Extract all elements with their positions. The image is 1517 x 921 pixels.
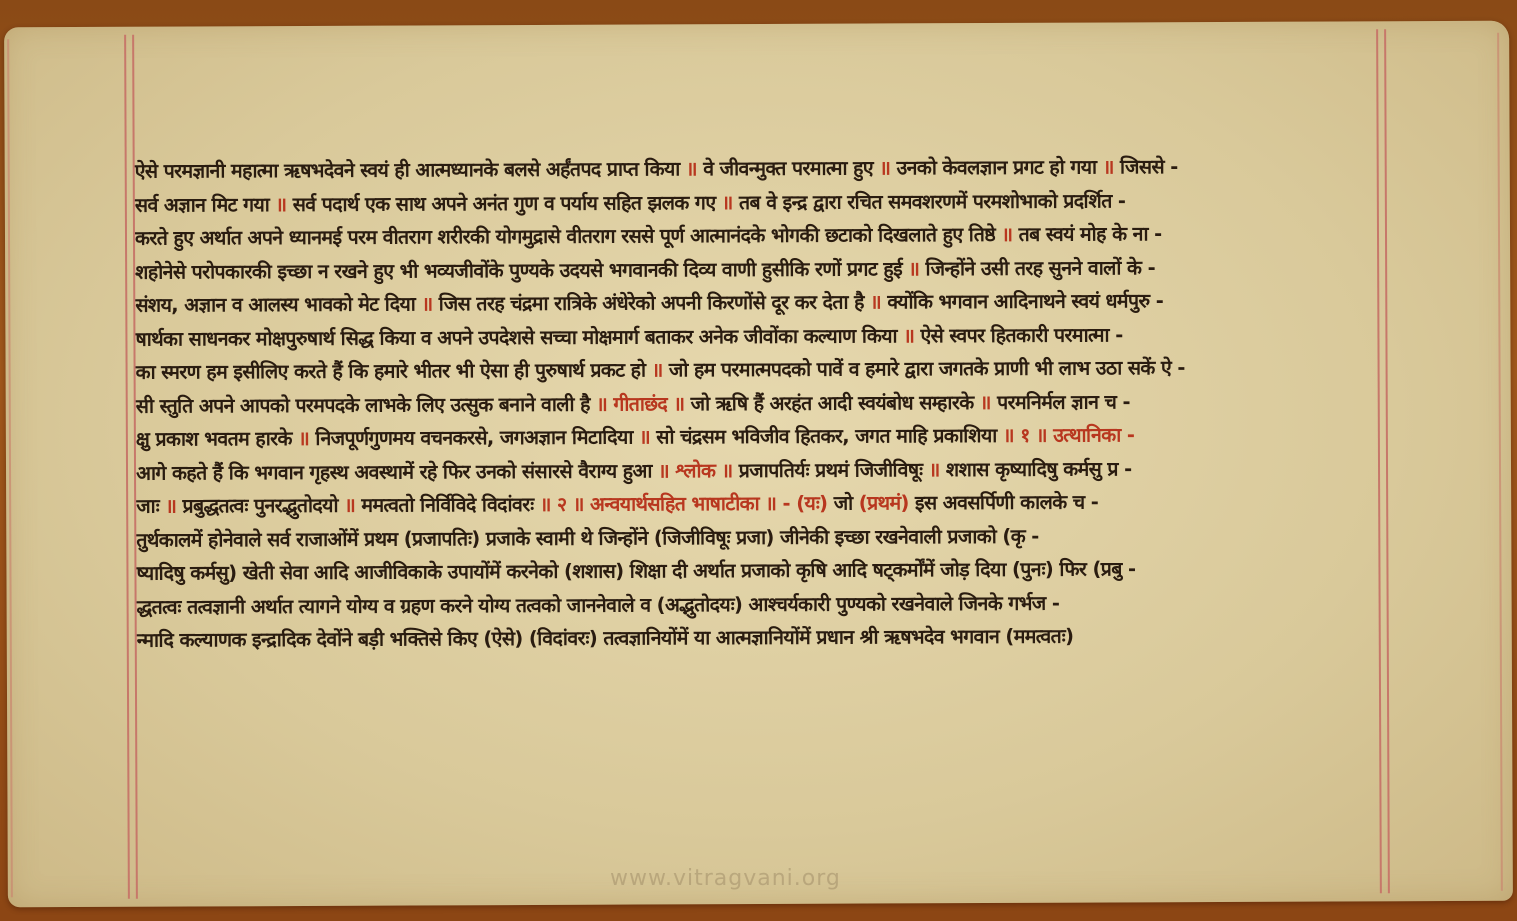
body-text: तब वे इन्द्र द्वारा रचित समवशरणमें परमशो…: [739, 189, 1126, 214]
body-text: संशय, अज्ञान व आलस्य भावको मेट दिया: [135, 292, 415, 316]
rubric-text: ॥: [1096, 155, 1120, 178]
body-text: का स्मरण हम इसीलिए करते हैं कि हमारे भीत…: [136, 358, 646, 383]
manuscript-line: संशय, अज्ञान व आलस्य भावको मेट दिया ॥ जि…: [135, 283, 1385, 322]
rubric-text: ॥: [922, 458, 946, 481]
rubric-text: ॥: [159, 495, 183, 518]
body-text: ममत्वतो निर्विविदे विदांवरः: [361, 493, 533, 517]
rubric-text: (प्रथमं): [859, 491, 915, 514]
body-text: क्षु प्रकाश भवतम हारके: [136, 427, 292, 451]
body-text: प्रबुद्धतत्वः पुनरद्भुतोदयो: [182, 494, 338, 518]
rubric-text: ॥: [897, 324, 921, 347]
body-text: शहोनेसे परोपकारकी इच्छा न रखने हुए भी भव…: [135, 257, 902, 283]
manuscript-line: ऐसे परमज्ञानी महात्मा ऋषभदेवने स्वयं ही …: [135, 149, 1385, 188]
body-text: जो: [834, 492, 859, 515]
rubric-text: ॥: [338, 494, 362, 517]
rubric-text: ॥: [995, 223, 1019, 246]
manuscript-line: करते हुए अर्थात अपने ध्यानमई परम वीतराग …: [135, 216, 1385, 255]
body-text: जिस तरह चंद्रमा रात्रिके अंधेरेको अपनी क…: [439, 291, 864, 316]
body-text: निजपूर्णगुणमय वचनकरसे, जगअज्ञान मिटादिया: [315, 426, 633, 450]
body-text: इस अवसर्पिणी कालके च -: [915, 491, 1098, 515]
body-text: ऐसे परमज्ञानी महात्मा ऋषभदेवने स्वयं ही …: [135, 157, 680, 182]
rubric-text: ॥: [715, 191, 739, 214]
manuscript-line: षार्थका साधनकर मोक्षपुरुषार्थ सिद्ध किया…: [135, 317, 1385, 356]
paper-edge-line-left: [7, 39, 13, 897]
body-text: जो ऋषि हैं अरहंत आदी स्वयंबोध सम्हारके: [691, 391, 974, 415]
manuscript-line: तुर्थकालमें होनेवाले सर्व राजाओंमें प्रथ…: [136, 518, 1386, 557]
rubric-text: ॥: [974, 390, 998, 413]
manuscript-line: क्षु प्रकाश भवतम हारके ॥ निजपूर्णगुणमय व…: [136, 417, 1386, 456]
manuscript-line: का स्मरण हम इसीलिए करते हैं कि हमारे भीत…: [136, 350, 1386, 389]
body-text: आगे कहते हैं कि भगवान गृहस्थ अवस्थामें र…: [136, 459, 652, 484]
rubric-text: ॥ १ ॥ उत्थानिका -: [997, 423, 1135, 447]
rubric-text: ॥: [645, 358, 669, 381]
rubric-text: ॥: [292, 427, 316, 450]
rubric-text: ॥: [680, 157, 704, 180]
body-text: परमनिर्मल ज्ञान च -: [997, 390, 1130, 414]
body-text: करते हुए अर्थात अपने ध्यानमई परम वीतराग …: [135, 223, 995, 250]
manuscript-line: द्धतत्वः तत्वज्ञानी अर्थात त्यागने योग्य…: [137, 585, 1387, 624]
rubric-text: ॥: [269, 193, 293, 216]
watermark: www.vitragvani.org: [610, 866, 841, 891]
body-text: वे जीवन्मुक्त परमात्मा हुए: [703, 156, 873, 180]
body-text: ऐसे स्वपर हितकारी परमात्मा -: [920, 323, 1122, 347]
rubric-text: ॥ २ ॥ अन्वयार्थसहित भाषाटीका ॥ - (यः): [533, 492, 833, 516]
body-text: जो हम परमात्मपदको पावें व हमारे द्वारा ज…: [669, 356, 1185, 381]
body-text: सर्व अज्ञान मिट गया: [135, 193, 269, 217]
rubric-text: ॥: [873, 156, 897, 179]
body-text: सी स्तुति अपने आपको परमपदके लाभके लिए उत…: [136, 392, 590, 417]
manuscript-folio: ऐसे परमज्ञानी महात्मा ऋषभदेवने स्वयं ही …: [4, 21, 1513, 908]
body-text: क्योंकि भगवान आदिनाथने स्वयं धर्मपुरु -: [887, 289, 1163, 313]
rubric-text: ॥ गीताछंद ॥: [590, 392, 691, 415]
manuscript-text-block: ऐसे परमज्ञानी महात्मा ऋषभदेवने स्वयं ही …: [135, 149, 1387, 657]
manuscript-line: सर्व अज्ञान मिट गया ॥ सर्व पदार्थ एक साथ…: [135, 183, 1385, 222]
manuscript-line: ष्यादिषु कर्मसु) खेती सेवा आदि आजीविकाके…: [136, 551, 1386, 590]
body-text: शशास कृष्यादिषु कर्मसु प्र -: [946, 457, 1132, 481]
body-text: ष्यादिषु कर्मसु) खेती सेवा आदि आजीविकाके…: [136, 557, 1135, 584]
manuscript-line: शहोनेसे परोपकारकी इच्छा न रखने हुए भी भव…: [135, 250, 1385, 289]
paper-edge-line-right: [1497, 33, 1503, 891]
body-text: जाः: [136, 495, 159, 518]
manuscript-line: आगे कहते हैं कि भगवान गृहस्थ अवस्थामें र…: [136, 451, 1386, 490]
rubric-text: ॥: [864, 290, 888, 313]
body-text: प्रजापतिर्यः प्रथमं जिजीविषूः: [739, 458, 923, 482]
body-text: षार्थका साधनकर मोक्षपुरुषार्थ सिद्ध किया…: [135, 324, 897, 350]
rubric-text: ॥: [415, 292, 439, 315]
rubric-text: ॥: [902, 257, 926, 280]
manuscript-line: जाः ॥ प्रबुद्धतत्वः पुनरद्भुतोदयो ॥ ममत्…: [136, 484, 1386, 523]
body-text: तुर्थकालमें होनेवाले सर्व राजाओंमें प्रथ…: [136, 524, 1039, 551]
body-text: जिससे -: [1120, 155, 1178, 178]
body-text: जिन्होंने उसी तरह सुनने वालों के -: [925, 256, 1155, 280]
body-text: द्धतत्वः तत्वज्ञानी अर्थात त्यागने योग्य…: [137, 591, 1060, 618]
manuscript-line: सी स्तुति अपने आपको परमपदके लाभके लिए उत…: [136, 384, 1386, 423]
body-text: उनको केवलज्ञान प्रगट हो गया: [896, 156, 1096, 180]
body-text: तब स्वयं मोह के ना -: [1019, 222, 1162, 246]
rubric-text: ॥: [633, 425, 657, 448]
body-text: न्मादि कल्याणक इन्द्रादिक देवोंने बड़ी भ…: [137, 625, 1074, 652]
rubric-text: ॥ श्लोक ॥: [652, 459, 739, 482]
manuscript-line: न्मादि कल्याणक इन्द्रादिक देवोंने बड़ी भ…: [137, 618, 1387, 657]
body-text: सर्व पदार्थ एक साथ अपने अनंत गुण व पर्या…: [293, 191, 716, 216]
body-text: सो चंद्रसम भविजीव हितकर, जगत माहि प्रकाश…: [656, 424, 997, 448]
